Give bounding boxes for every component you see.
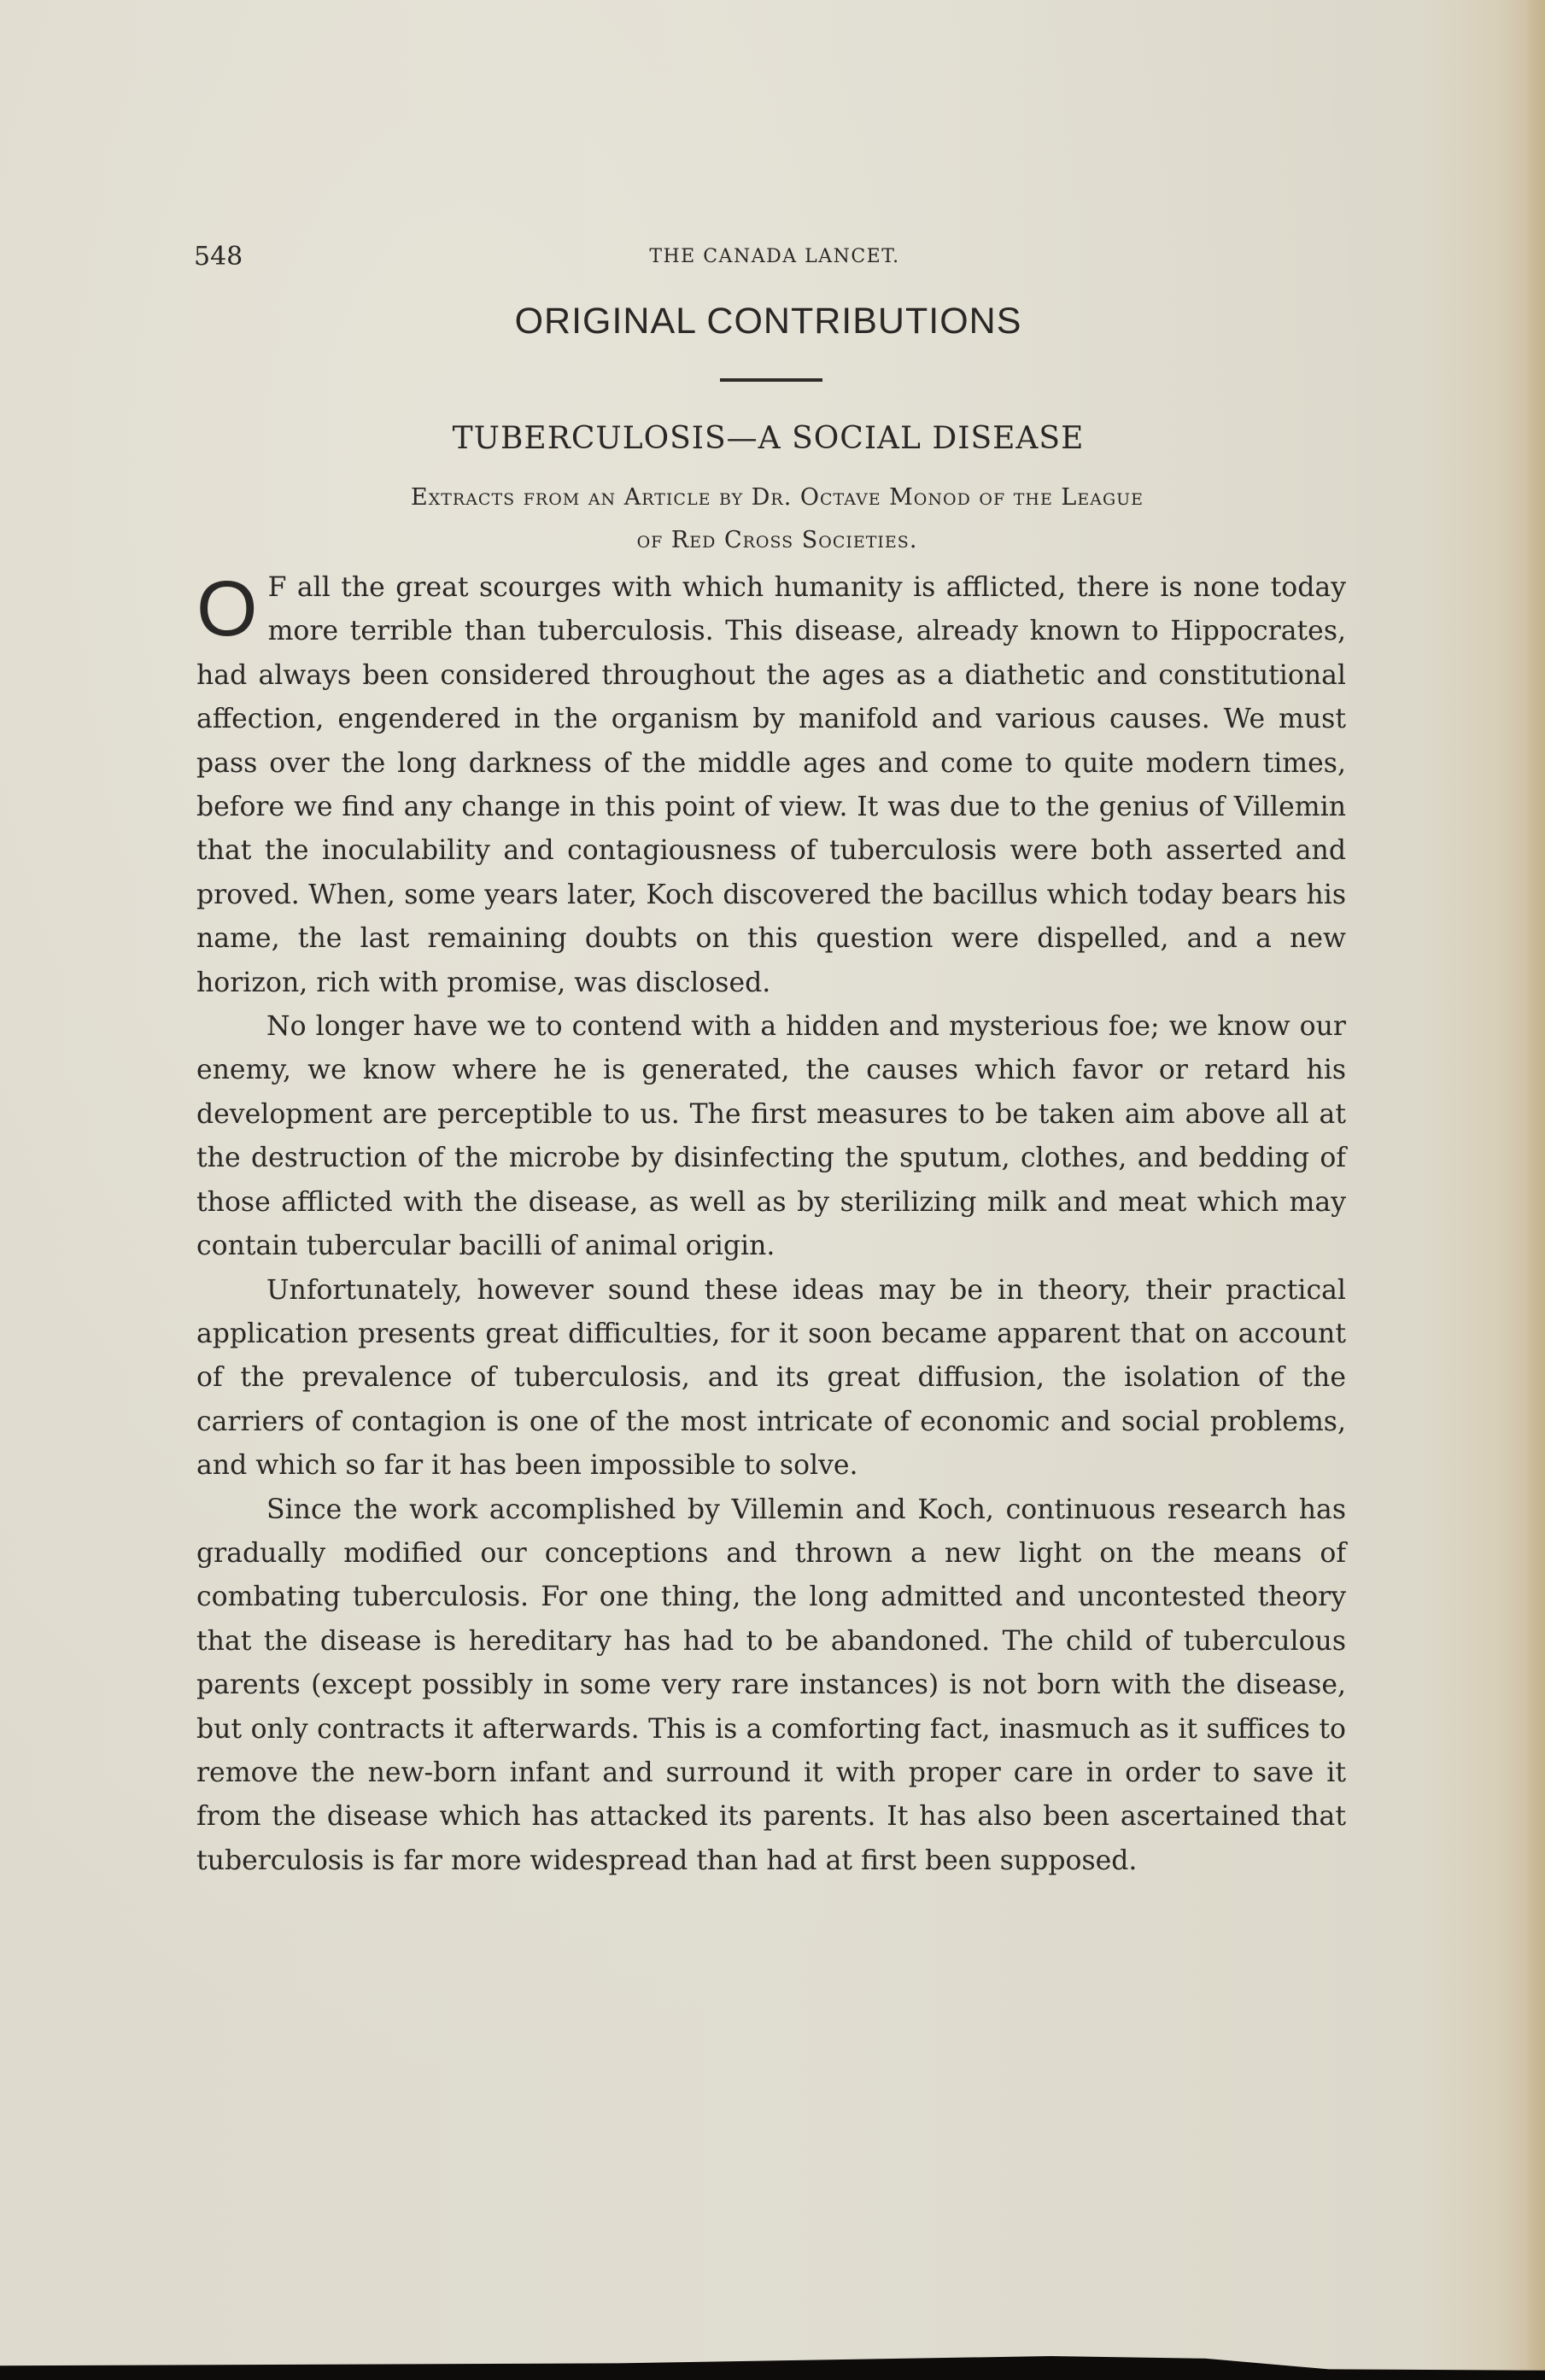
article-title: TUBERCULOSIS—A SOCIAL DISEASE — [0, 421, 1545, 456]
page-header: 548 THE CANADA LANCET. — [194, 242, 1347, 276]
paragraph-text: all the great scourges with which humani… — [196, 572, 1346, 998]
byline-line-2: of Red Cross Societies. — [222, 519, 1332, 562]
title-rule — [720, 378, 822, 382]
byline-line-1: Extracts from an Article by Dr. Octave M… — [222, 477, 1332, 519]
paragraph-4: Since the work accomplished by Villemin … — [196, 1488, 1346, 1884]
scan-shadow — [0, 2356, 1545, 2380]
paragraph-1: OF all the great scourges with which hum… — [196, 566, 1346, 1005]
paragraph-3: Unfortunately, however sound these ideas… — [196, 1269, 1346, 1488]
page-edge — [1526, 0, 1545, 2380]
section-title: ORIGINAL CONTRIBUTIONS — [0, 301, 1545, 342]
running-head: THE CANADA LANCET. — [194, 246, 1347, 267]
lead-letter: F — [268, 572, 287, 603]
scanned-page: 548 THE CANADA LANCET. ORIGINAL CONTRIBU… — [0, 0, 1545, 2380]
drop-cap: O — [196, 575, 258, 643]
article-body: OF all the great scourges with which hum… — [196, 566, 1346, 1883]
paragraph-2: No longer have we to contend with a hidd… — [196, 1005, 1346, 1268]
article-byline: Extracts from an Article by Dr. Octave M… — [222, 477, 1332, 562]
